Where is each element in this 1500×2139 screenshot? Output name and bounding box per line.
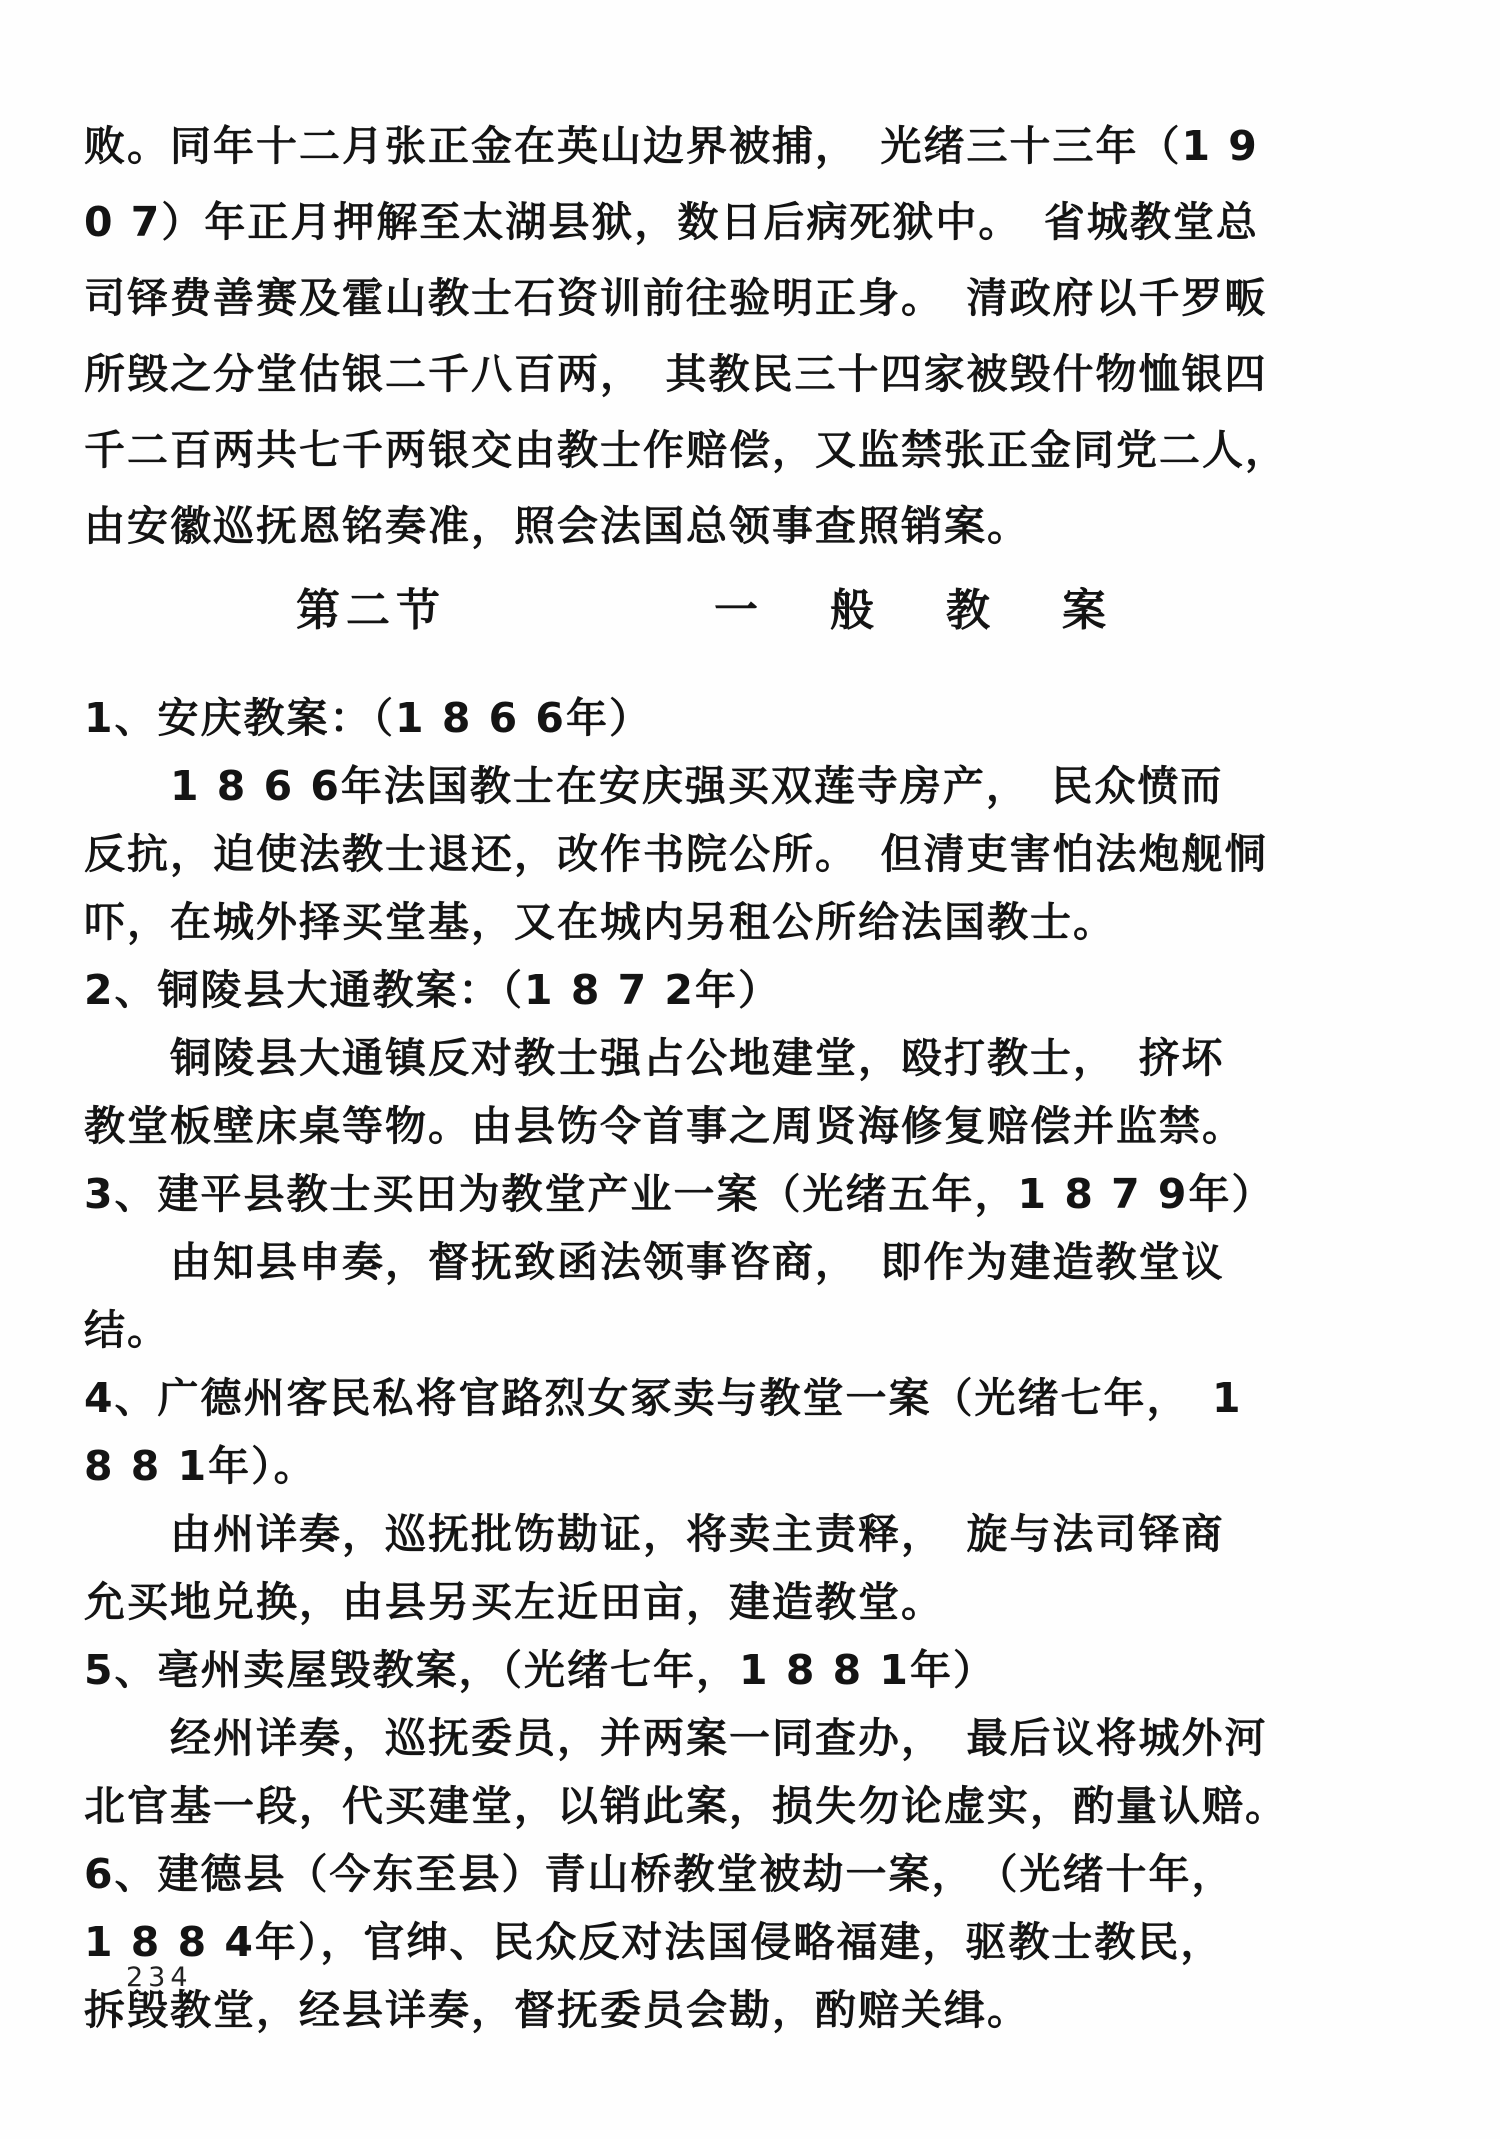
text-line: 教堂板壁床桌等物。由县饬令首事之周贤海修复赔偿并监禁。 <box>84 1092 1452 1160</box>
text-line: 铜陵县大通镇反对教士强占公地建堂，殴打教士， 挤坏 <box>84 1024 1452 1092</box>
text-line: 1 8 8 4年），官绅、民众反对法国侵略福建，驱教士教民， <box>84 1908 1452 1976</box>
text-line: 3、建平县教士买田为教堂产业一案（光绪五年，1 8 7 9年） <box>84 1160 1452 1228</box>
intro-paragraph: 败。同年十二月张正金在英山边界被捕， 光绪三十三年（1 9 0 7）年正月押解至… <box>84 108 1452 564</box>
text-line: 4、广德州客民私将官路烈女冢卖与教堂一案（光绪七年， 1 <box>84 1364 1452 1432</box>
text-line: 1、安庆教案：（1 8 6 6年） <box>84 684 1452 752</box>
text-line: 败。同年十二月张正金在英山边界被捕， 光绪三十三年（1 9 <box>84 108 1452 184</box>
text-line: 5、亳州卖屋毁教案，（光绪七年，1 8 8 1年） <box>84 1636 1452 1704</box>
page-number: 234 <box>126 1962 193 1993</box>
text-line: 2、铜陵县大通教案：（1 8 7 2年） <box>84 956 1452 1024</box>
text-line: 0 7）年正月押解至太湖县狱，数日后病死狱中。 省城教堂总 <box>84 184 1452 260</box>
text-line: 允买地兑换，由县另买左近田亩，建造教堂。 <box>84 1568 1452 1636</box>
text-line: 反抗，迫使法教士退还，改作书院公所。 但清吏害怕法炮舰恫 <box>84 820 1452 888</box>
text-line: 经州详奏，巡抚委员，并两案一同查办， 最后议将城外河 <box>84 1704 1452 1772</box>
text-line: 所毁之分堂估银二千八百两， 其教民三十四家被毁什物恤银四 <box>84 336 1452 412</box>
text-line: 由安徽巡抚恩铭奏准，照会法国总领事查照销案。 <box>84 488 1452 564</box>
section-heading: 第二节 一 般 教 案 <box>84 572 1452 650</box>
case-list: 1、安庆教案：（1 8 6 6年） 1 8 6 6年法国教士在安庆强买双莲寺房产… <box>84 684 1452 2044</box>
section-number: 第二节 <box>296 572 446 650</box>
text-line: 8 8 1年）。 <box>84 1432 1452 1500</box>
text-line: 北官基一段，代买建堂，以销此案，损失勿论虚实，酌量认赔。 <box>84 1772 1452 1840</box>
text-line: 6、建德县（今东至县）青山桥教堂被劫一案， （光绪十年， <box>84 1840 1452 1908</box>
text-line: 由州详奏，巡抚批饬勘证，将卖主责释， 旋与法司铎商 <box>84 1500 1452 1568</box>
section-title: 一 般 教 案 <box>714 572 1120 650</box>
text-line: 吓，在城外择买堂基，又在城内另租公所给法国教士。 <box>84 888 1452 956</box>
text-line: 拆毁教堂，经县详奏，督抚委员会勘，酌赔关缉。 <box>84 1976 1452 2044</box>
text-line: 结。 <box>84 1296 1452 1364</box>
page-content: 败。同年十二月张正金在英山边界被捕， 光绪三十三年（1 9 0 7）年正月押解至… <box>84 108 1452 2044</box>
text-line: 千二百两共七千两银交由教士作赔偿，又监禁张正金同党二人， <box>84 412 1452 488</box>
text-line: 1 8 6 6年法国教士在安庆强买双莲寺房产， 民众愤而 <box>84 752 1452 820</box>
text-line: 由知县申奏，督抚致函法领事咨商， 即作为建造教堂议 <box>84 1228 1452 1296</box>
text-line: 司铎费善赛及霍山教士石资训前往验明正身。 清政府以千罗畈 <box>84 260 1452 336</box>
document-page: 败。同年十二月张正金在英山边界被捕， 光绪三十三年（1 9 0 7）年正月押解至… <box>0 0 1500 2139</box>
